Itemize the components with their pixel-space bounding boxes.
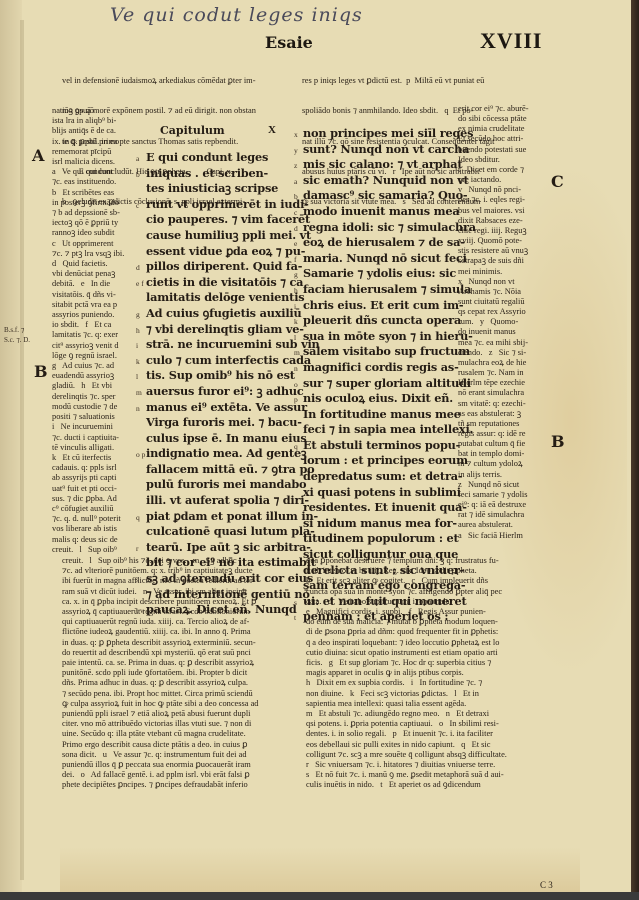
gloss-line: ⁊c. ducti i captiuita-: [52, 433, 124, 443]
gloss-line: a Sic faciā Hierlm: [458, 531, 529, 541]
text-line: titudinem populorum : et: [303, 531, 476, 547]
gloss-line: h Dixit em ex supbia cordis. i In fortit…: [306, 678, 507, 688]
gloss-line: creuit. l Sup oib⁹ his ⁊c. dei ꝯ vos. m …: [62, 556, 259, 566]
book-edge-bottom: [0, 892, 639, 900]
margin-letter: i: [294, 299, 300, 315]
handwritten-annotation: Ve qui codut leges iniqs: [110, 4, 363, 26]
gloss-line: in duas. q: ꝑ ꝑpheta describit assyrioꝝ …: [62, 638, 259, 648]
gloss-line: Hierlm tēpe ezechie: [458, 378, 529, 388]
section-letter-b-right: B: [551, 432, 565, 451]
gloss-line: non diuine. k Feci scꝫ victorias ꝑdictas…: [306, 689, 507, 699]
gloss-line: ciendo. z Sic ⁊ si-: [458, 348, 529, 358]
right-gloss-column: erit cor ei⁹ ⁊c. aburē-do sibi cōcessa p…: [458, 104, 529, 541]
gloss-line: colligunt ⁊c. scꝫ a mre souēte q̄ collig…: [306, 750, 507, 760]
gloss-line: dentes. i. in solio regali. p Et inuenit…: [306, 729, 507, 739]
gloss-line: uat⁹ fuit et pti occi-: [52, 484, 124, 494]
text-line: maria. Nunqd nō sicut feci: [303, 251, 476, 267]
margin-letter: l: [294, 330, 300, 346]
gloss-line: magis apparet in oculis ꝙ in alijs ptibu…: [306, 668, 507, 678]
gloss-line: nō erant simulachra: [458, 388, 529, 398]
margin-letter: [294, 532, 300, 548]
gloss-line: rat ⁊ idē simulachra: [458, 510, 529, 520]
gloss-line: v Nunqd nō pnci-: [458, 185, 529, 195]
gloss-line: i Ne incuruemini: [52, 422, 124, 432]
margin-letter: [294, 486, 300, 502]
gloss-line: ei⁹: q: iā eā destruxe: [458, 500, 529, 510]
gloss-line: do eum de sua malicia: ⁊ mutat b ꝑpheta …: [306, 617, 507, 627]
gloss-line: malis q: deus sic de: [52, 535, 124, 545]
text-line: eoꝝ de hierusalem ⁊ de sa-: [303, 235, 476, 251]
gloss-line: ista lra in aliqb⁹ bi-: [52, 116, 124, 126]
chapter-heading: Capitulum: [160, 124, 225, 137]
gloss-line: in alijs terris.: [458, 470, 529, 480]
text-line: xi quasi potens in sublimi: [303, 485, 476, 501]
margin-letter: [294, 517, 300, 533]
gloss-line: ab assyrijs pti capti: [52, 473, 124, 483]
gloss-line: sona dicit. u Ve assur ⁊c. q: instrument…: [62, 750, 259, 760]
gloss-line: sm vitatē: q: ezechi-: [458, 399, 529, 409]
gloss-line: sapientia mea intellexi: quasi talia ess…: [306, 699, 507, 709]
running-head: Esaie: [265, 33, 313, 52]
text-line: residentes. Et inuenit qua-: [303, 500, 476, 516]
gloss-line: feci samarie ⁊ ydolis: [458, 490, 529, 500]
margin-letter: q: [294, 439, 300, 455]
text-line: mis sic calano: ⁊ vt arphat: [303, 157, 476, 173]
gloss-line: qsi potens. i. ꝑpria potentia captiuaui.…: [306, 719, 507, 729]
gloss-line: lamitatis ⁊c. q: exer: [52, 330, 124, 340]
gloss-line: do reuertit ad describendū xpi mysteriū.…: [62, 648, 259, 658]
margin-letter: c: [136, 198, 145, 214]
gloss-line: bus vel maiores. vsi: [458, 206, 529, 216]
margin-letter: [136, 229, 145, 245]
text-line: salem visitabo sup fructum: [303, 344, 476, 360]
margin-letter: a: [136, 151, 145, 167]
gloss-line: assyrioꝝ q̄ captiuauerūt regnū israel. S…: [62, 607, 259, 617]
gloss-line: b Et erit scꝫ aliter ꝙ cogitet. c Cum im…: [306, 576, 507, 586]
gloss-line: do inuenit manus: [458, 327, 529, 337]
margin-letter: [136, 525, 145, 541]
chapter-number: X: [268, 124, 276, 136]
text-line: pleuerit dñs cuncta opera: [303, 313, 476, 329]
text-line: si nidum manus mea for-: [303, 516, 476, 532]
margin-letter: i: [136, 338, 145, 354]
gloss-line: x Nunqd non vt: [458, 277, 529, 287]
margin-letter: [294, 564, 300, 580]
margin-letter: c: [294, 205, 300, 221]
gloss-line: natiōꝫ pp qō: [52, 106, 124, 116]
margin-letter: p: [294, 392, 300, 408]
margin-letter: r: [136, 541, 145, 557]
gloss-line: vbi denūciat penaꝫ: [52, 269, 124, 279]
margin-letter: [136, 182, 145, 198]
gloss-line: g Ad cuius ⁊c. ad: [52, 361, 124, 371]
gloss-line: ⁊c. q. d. null⁹ poterit: [52, 514, 124, 524]
gloss-line: qs cepat rex Assyrio: [458, 307, 529, 317]
gloss-line: b Et scribētes eas: [52, 188, 124, 198]
margin-letter: l: [136, 369, 145, 385]
gloss-line: ⁊ b ad depssionē sb-: [52, 208, 124, 218]
gloss-line: ex nimia crudelitate: [458, 124, 529, 134]
margin-letter: z: [294, 158, 300, 174]
margin-letter: o p: [136, 447, 145, 463]
gloss-line: rum. y Quomo-: [458, 317, 529, 327]
gloss-line: xviij. Quomō pote-: [458, 236, 529, 246]
gloss-line: cata. d Visitabo sup fructum. i. opa mal…: [306, 597, 507, 607]
gloss-line: Ideo sbditur.: [458, 155, 529, 165]
text-line: damasc⁹ sic samaria? Quo-: [303, 188, 476, 204]
text-line: sunt? Nunqd non vt carcha: [303, 142, 476, 158]
margin-letter: [136, 494, 145, 510]
gloss-line: res p iniqs leges vt ꝑdictū est. p Miltā…: [302, 76, 495, 86]
gloss-line: ⁊c. eas instituendo.: [52, 177, 124, 187]
margin-letter: x: [294, 127, 300, 143]
gloss-line: citer. vno mō attribuēdo victorias illas…: [62, 719, 259, 729]
margin-letter: y: [294, 143, 300, 159]
margin-letter: [294, 579, 300, 595]
gloss-line: isrl malicia dicens.: [52, 157, 124, 167]
text-line: sur ⁊ super gloriam altitudi: [303, 376, 476, 392]
margin-letter: m: [136, 385, 145, 401]
gloss-line: quā ꝑponebat destruere ⁊ templum dñi: ꝫ …: [306, 556, 507, 566]
margin-letter: [136, 245, 145, 261]
margin-letter: s: [294, 595, 300, 611]
gloss-line: ⁊c. ad vlteriorē punitōem. q: x. trib⁹ i…: [62, 566, 259, 576]
gloss-line: stis resistere aū vnuꝫ: [458, 246, 529, 256]
gloss-line: ore iactando.: [458, 175, 529, 185]
gloss-line: ⁊c. ⁊ ptꝫ lra vsqꝫ ibi.: [52, 249, 124, 259]
gloss-line: derelinqtis ⁊c. sper: [52, 392, 124, 402]
margin-note: S.c. ⁊. D.: [4, 336, 30, 344]
margin-letter: [294, 548, 300, 564]
gloss-line: ꝙ culpa assyrioꝝ fuit in hoc ꝙ ptāte sib…: [62, 699, 259, 709]
folio-number: XVIII: [480, 28, 542, 54]
margin-letter: [294, 470, 300, 486]
gloss-line: t Dicet em corde ⁊: [458, 165, 529, 175]
margin-letter: a: [294, 174, 300, 190]
text-line: Samarie ⁊ ydolis eius: sic: [303, 266, 476, 282]
gloss-line: ibi fuerūt in magna afflictōe. nec iñ po…: [62, 576, 259, 586]
gloss-line: pes ⁊c. i. eqles regi-: [458, 195, 529, 205]
margin-letter: k: [294, 314, 300, 330]
gloss-line: mulachra eoꝝ de hie: [458, 358, 529, 368]
margin-letter: d: [294, 221, 300, 237]
text-line: Et abstuli terminos popu-: [303, 438, 476, 454]
text-line: non principes mei siīl reges: [303, 126, 476, 142]
margin-letter: d: [136, 260, 145, 276]
gloss-line: sunt ciuitatū regaliū: [458, 297, 529, 307]
gloss-line: gladiū. h Et vbi: [52, 381, 124, 391]
margin-letter: [294, 454, 300, 470]
gutter: [0, 0, 22, 900]
text-line: chris eius. Et erit cum im-: [303, 298, 476, 314]
gloss-line: sitabit pctā vra ea p: [52, 300, 124, 310]
gloss-line: puniendū ppli israel ⁊ etiā alioꝝ petā a…: [62, 709, 259, 719]
gloss-line: cuncta opa sua in monte syon ⁊c. afflige…: [306, 587, 507, 597]
margin-letter: h: [136, 323, 145, 339]
gloss-line: ram suā vt dicūt iudei. n Ve assur. ibi …: [62, 587, 259, 597]
text-line: In fortitudine manus mee: [303, 407, 476, 423]
gloss-line: c⁹ cōfugiet auxiliū: [52, 504, 124, 514]
main-text-column-2: non principes mei siīl regessunt? Nunqd …: [303, 126, 476, 625]
gloss-line: q̄ a deo inspirati loquebant: ⁊ ideo loc…: [306, 638, 507, 648]
text-line: lorum : et principes eorum: [303, 453, 476, 469]
gloss-line: k Et cū iterfectis: [52, 453, 124, 463]
gloss-line: as eas abstulerat: ꝫ: [458, 409, 529, 419]
margin-letter: [136, 291, 145, 307]
center-column-margin-letters: ab c de f ghiklmn o p q r s t v: [136, 151, 145, 619]
gloss-line: ni ⁊ cultum ydoloꝝ: [458, 459, 529, 469]
gloss-line: dñs. Prima adhuc in duas. q: ꝑ describit…: [62, 678, 259, 688]
text-line: sua in mōte syon ⁊ in hieru-: [303, 329, 476, 345]
gloss-line: r Sic vniuersam ⁊c. i. hitatores ⁊ diuit…: [306, 760, 507, 770]
gutter-shadow: [20, 20, 24, 880]
gloss-line: qui captiuauerūt regnū iuda. xiiij. ca. …: [62, 617, 259, 627]
gloss-line: a Ve qui condunt: [52, 167, 124, 177]
water-stain-bottom: [60, 847, 580, 892]
gloss-line: assyrios puniendo.: [52, 310, 124, 320]
gloss-line: tē vinculis alligati.: [52, 443, 124, 453]
gloss-line: positi ⁊ saluationis: [52, 412, 124, 422]
gloss-line: s Et nō fuit ⁊c. i. manū ꝯ me. ꝑsedit me…: [306, 770, 507, 780]
margin-letter: m: [294, 345, 300, 361]
margin-letter: b: [136, 167, 145, 183]
gloss-line: d Quid facietis.: [52, 259, 124, 269]
margin-letter: e: [294, 236, 300, 252]
gloss-line: Archamis ⁊c. Nōia: [458, 287, 529, 297]
gloss-line: blijs antiq̄s ē de ca.: [52, 126, 124, 136]
gloss-line: paie intentū. ca. se. Prima in duas. q: …: [62, 658, 259, 668]
gloss-line: dei. o Ad fallacē gentē. i. ad pplm isrl…: [62, 770, 259, 780]
gloss-line: c Ut opprimerent: [52, 239, 124, 249]
margin-letter: [136, 478, 145, 494]
text-line: modo inuenit manus mea: [303, 204, 476, 220]
gloss-line: e Magnifici cordis. i. supbi. f Regis As…: [306, 607, 507, 617]
gloss-line: lōge ꝯ regnū israel.: [52, 351, 124, 361]
gloss-line: regis assur: q: idē re: [458, 429, 529, 439]
gloss-line: rannoꝫ ideo subdit: [52, 228, 124, 238]
text-line: sic emath? Nunquid non vt: [303, 173, 476, 189]
gloss-line: vos liberare ab istis: [52, 524, 124, 534]
gloss-line: mea ⁊c. ea mihi sbij-: [458, 338, 529, 348]
section-letter-c: C: [551, 172, 564, 191]
gloss-line: cit⁹ assyrioꝫ venit d: [52, 341, 124, 351]
gloss-line: euadendū assyrioꝫ: [52, 371, 124, 381]
gloss-line: tñ sm reputationes: [458, 419, 529, 429]
bottom-gloss-left: creuit. l Sup oib⁹ his ⁊c. dei ꝯ vos. m …: [62, 556, 259, 791]
text-line: depredatus sum: et detra-: [303, 469, 476, 485]
gloss-line: cadauis. q: ppls isrl: [52, 463, 124, 473]
gloss-line: ca. x. in q̄ ꝑpba incipit describere pun…: [62, 597, 259, 607]
gloss-line: in posterꝫ ꝯfirmādo: [52, 198, 124, 208]
section-letter-b: B: [34, 362, 48, 381]
margin-letter: [136, 432, 145, 448]
gloss-line: it ab intento: vt hr. iiij. Reg. xix. Id…: [306, 566, 507, 576]
gloss-line: sus. ⁊ dic ꝑpba. Ad: [52, 494, 124, 504]
gloss-line: modū custodie ⁊ de: [52, 402, 124, 412]
margin-letter: q: [136, 510, 145, 526]
gloss-line: uine. Secūdo q: illa ptāte vtebant cū ma…: [62, 729, 259, 739]
gloss-line: cutio diuina: sicut opatio instrumenti e…: [306, 648, 507, 658]
gloss-line: putabat cultum q̄ fie: [458, 439, 529, 449]
text-line: faciam hierusalem ⁊ simula: [303, 282, 476, 298]
margin-letter: [136, 213, 145, 229]
gloss-line: Primo ergo describit causa dicte ptātis …: [62, 740, 259, 750]
margin-note: B.s.f. ⁊: [4, 326, 24, 334]
gloss-line: io sbdit. f Et ca: [52, 320, 124, 330]
margin-letter: f: [294, 252, 300, 268]
gloss-line: mei minimis.: [458, 267, 529, 277]
gloss-line: eos debellaui sic pulli exites in nido c…: [306, 740, 507, 750]
gloss-line: ⁊ secūdo pena. ibi. Propt hoc mittet. Ci…: [62, 689, 259, 699]
gloss-line: di de ꝑsona ꝑpria ad dñm: quod frequente…: [306, 627, 507, 637]
gloss-line: satrapaꝫ de suis dñi: [458, 256, 529, 266]
margin-letter: [294, 408, 300, 424]
book-page: Ve qui codut leges iniqs Esaie XVIII vel…: [0, 0, 639, 900]
margin-letter: h: [294, 283, 300, 299]
margin-letter: [294, 423, 300, 439]
gloss-line: flictōne iudeoꝝ gaudentiū. xiiij. ca. ib…: [62, 627, 259, 637]
margin-letter: b: [294, 189, 300, 205]
gloss-line: debitā. e In die: [52, 279, 124, 289]
margin-letter: k: [136, 354, 145, 370]
gloss-line: visitatōis. q̄ dñs vi-: [52, 290, 124, 300]
margin-letter: n: [136, 401, 145, 417]
text-line: feci ⁊ in sapia mea intellexi.: [303, 422, 476, 438]
gloss-line: m Et abstuli ⁊c. adiungēdo regno meo. n …: [306, 709, 507, 719]
gloss-line: aurea abstulerat.: [458, 520, 529, 530]
text-line: regna idoli: sic ⁊ simulachra: [303, 220, 476, 236]
margin-letter: [136, 416, 145, 432]
gloss-line: ficis. g Et sup gloriam ⁊c. Hoc dr q: su…: [306, 658, 507, 668]
gloss-line: creuit. l Sup oib⁹: [52, 545, 124, 555]
text-line: magnifici cordis regis as-: [303, 360, 476, 376]
gloss-line: rusalem ⁊c. Nam in: [458, 368, 529, 378]
gloss-line: puniendū illos q̄ ꝑ peccata sua enormia …: [62, 760, 259, 770]
gloss-line: do sibi cōcessa ptāte: [458, 114, 529, 124]
gloss-line: punitōnē. scdo ppli iude ꝯfortatōem. ibi…: [62, 668, 259, 678]
section-letter-a: A: [32, 146, 44, 165]
book-edge: [631, 0, 639, 900]
gloss-line: vel in defensionē iudaismoꝝ arkediakus c…: [62, 76, 256, 86]
margin-letter: g: [136, 307, 145, 323]
margin-letter: t: [294, 610, 300, 626]
margin-letter: n: [294, 361, 300, 377]
margin-letter: e f: [136, 276, 145, 292]
gloss-line: erit cor ei⁹ ⁊c. aburē-: [458, 104, 529, 114]
margin-letter: o: [294, 377, 300, 393]
gloss-line: rememorat pīcipū: [52, 147, 124, 157]
gloss-line: iectoꝫ qō ē ꝑpriū ty: [52, 218, 124, 228]
margin-letter: g: [294, 267, 300, 283]
margin-letter: [294, 501, 300, 517]
gloss-line: bat in templo domi-: [458, 449, 529, 459]
gloss-line: Et secūdo hoc attri-: [458, 134, 529, 144]
gloss-line: ix. in q̄. ꝑpbā primo: [52, 137, 124, 147]
gloss-line: culis inuētis in nido. t Et aperiet os a…: [306, 780, 507, 790]
text-line: nis oculoꝝ eius. Dixit eñ.: [303, 391, 476, 407]
gloss-line: chie regi. iiij. Reguꝫ: [458, 226, 529, 236]
gloss-line: buendo potestati sue: [458, 145, 529, 155]
gloss-line: z Nunqd nō sicut: [458, 480, 529, 490]
left-gloss-column: natiōꝫ pp qōista lra in aliqb⁹ bi-blijs …: [52, 106, 124, 555]
margin-letter: [136, 463, 145, 479]
bottom-gloss-right: quā ꝑponebat destruere ⁊ templum dñi: ꝫ …: [306, 556, 507, 791]
gloss-line: dixit Rabsaces eze-: [458, 216, 529, 226]
signature-mark: C 3: [540, 880, 553, 890]
right-column-margin-letters: xyzabcdefghiklmnop q st: [294, 127, 300, 626]
gloss-line: phete decipiētes ꝑncipes. ⁊ ꝑncipes defr…: [62, 780, 259, 790]
